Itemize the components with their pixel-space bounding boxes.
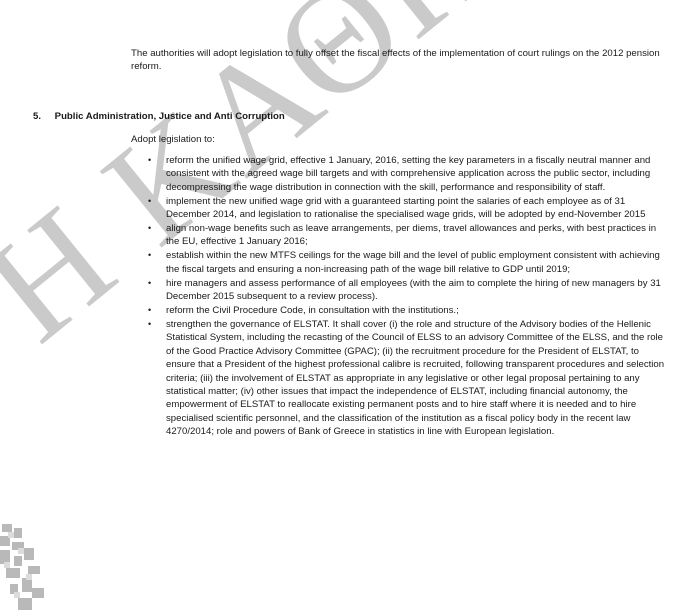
list-item: • reform the unified wage grid, effectiv… — [147, 154, 667, 194]
list-item-text: hire managers and assess performance of … — [166, 278, 661, 302]
measures-list: • reform the unified wage grid, effectiv… — [147, 154, 667, 439]
bullet-icon: • — [148, 195, 151, 208]
list-item: • strengthen the governance of ELSTAT. I… — [147, 318, 667, 439]
list-item-text: reform the unified wage grid, effective … — [166, 155, 650, 193]
bullet-icon: • — [148, 304, 151, 317]
list-item-text: align non-wage benefits such as leave ar… — [166, 223, 656, 247]
list-item: • establish within the new MTFS ceilings… — [147, 249, 667, 276]
list-item-text: strengthen the governance of ELSTAT. It … — [166, 319, 664, 437]
list-item-text: implement the new unified wage grid with… — [166, 196, 645, 220]
list-item: • hire managers and assess performance o… — [147, 277, 667, 304]
bullet-icon: • — [148, 277, 151, 290]
section-title: Public Administration, Justice and Anti … — [55, 111, 285, 122]
list-item: • implement the new unified wage grid wi… — [147, 195, 667, 222]
section-lead-text: Adopt legislation to: — [131, 133, 215, 146]
list-item-text: reform the Civil Procedure Code, in cons… — [166, 305, 459, 316]
bullet-icon: • — [148, 154, 151, 167]
list-item-text: establish within the new MTFS ceilings f… — [166, 250, 660, 274]
list-item: • align non-wage benefits such as leave … — [147, 222, 667, 249]
bullet-icon: • — [148, 249, 151, 262]
ornamental-emblem-icon — [0, 518, 52, 611]
bullet-icon: • — [148, 318, 151, 331]
section-number: 5. — [33, 110, 52, 123]
section-heading: 5. Public Administration, Justice and An… — [33, 110, 285, 123]
bullet-icon: • — [148, 222, 151, 235]
intro-paragraph: The authorities will adopt legislation t… — [131, 47, 661, 74]
list-item: • reform the Civil Procedure Code, in co… — [147, 304, 667, 317]
